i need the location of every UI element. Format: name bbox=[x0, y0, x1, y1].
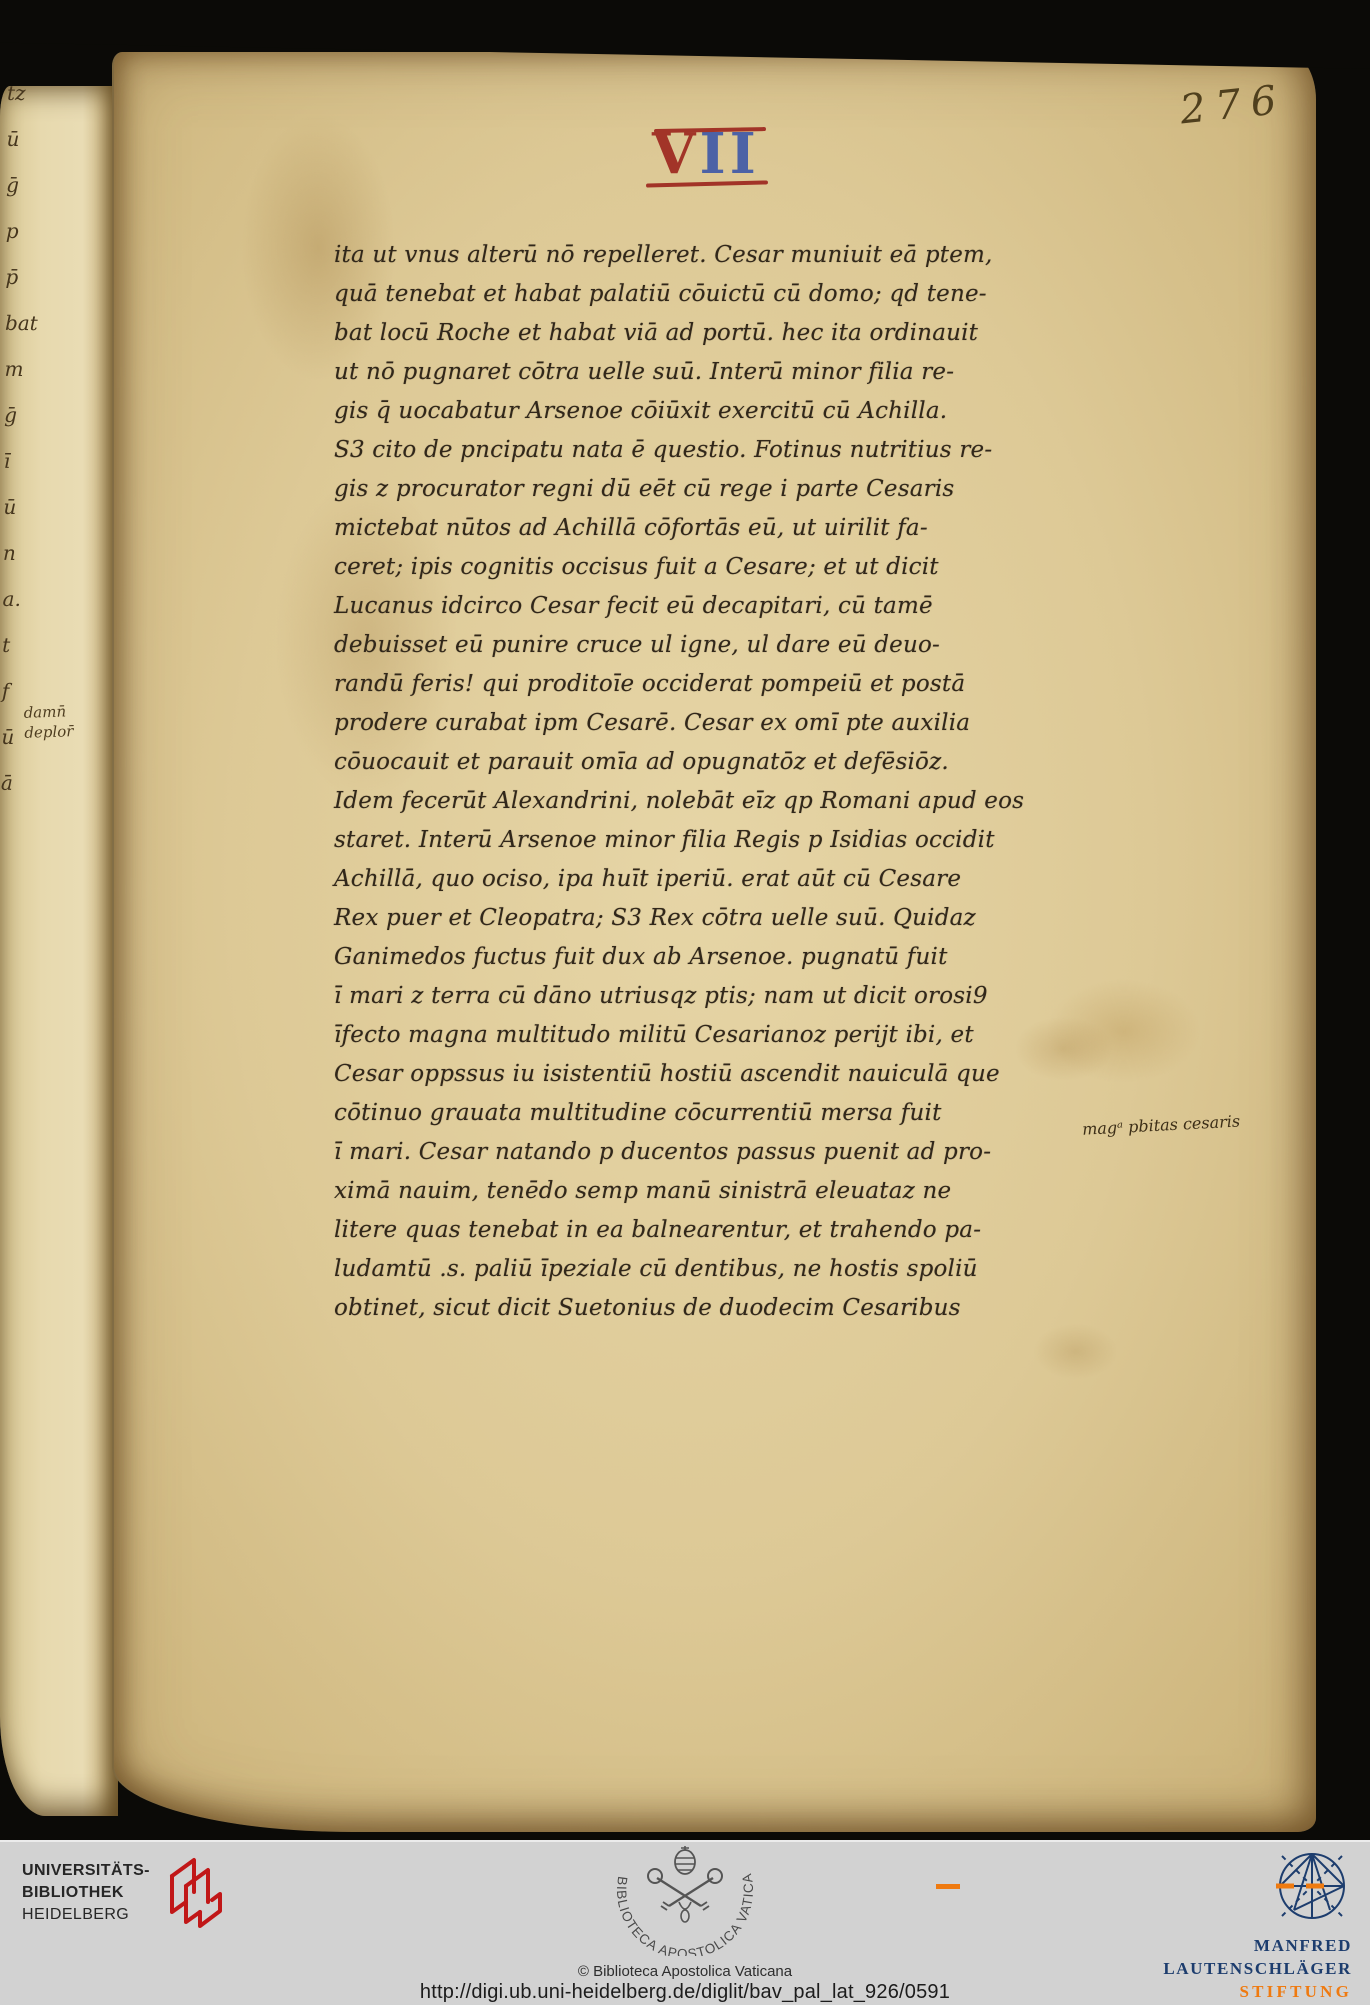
foundation-block: MANFRED LAUTENSCHLÄGER STIFTUNG bbox=[1052, 1848, 1352, 2002]
manuscript-line: bat locū Roche et habat viā ad portū. he… bbox=[334, 314, 1116, 353]
heading-letter-i1: I bbox=[699, 121, 729, 187]
manuscript-line: mictebat nūtos ad Achillā cōfortās eū, u… bbox=[334, 509, 1116, 548]
manuscript-line: S3 cito de pncipatu nata ē questio. Foti… bbox=[334, 431, 1116, 470]
manuscript-line: gis q̄ uocabatur Arsenoe cōiūxit exercit… bbox=[334, 392, 1116, 431]
vatican-library-seal-icon: BIBLIOTECA APOSTOLICA VATICANA bbox=[605, 1844, 765, 1956]
manuscript-line: ximā nauim, tenēdo semp manū sinistrā el… bbox=[334, 1172, 1116, 1211]
manuscript-line: ut nō pugnaret cōtra uelle suū. Interū m… bbox=[334, 353, 1116, 392]
manuscript-line: Rex puer et Cleopatra; S3 Rex cōtra uell… bbox=[334, 899, 1116, 938]
university-library-block: UNIVERSITÄTS- BIBLIOTHEK HEIDELBERG bbox=[22, 1860, 228, 1936]
manuscript-line: ceret; ipis cognitis occisus fuit a Cesa… bbox=[334, 548, 1116, 587]
manuscript-line: cōuocauit et parauit omīa ad opugnatōz e… bbox=[334, 743, 1116, 782]
margin-note-left: damn̄ deplor̄ bbox=[23, 701, 73, 743]
scan-canvas: tz ū ḡ p p̄ bat m ḡ ī ū n a. t f ū ā dam… bbox=[0, 0, 1370, 2005]
vatican-copyright: © Biblioteca Apostolica Vaticana bbox=[325, 1963, 1045, 1980]
manuscript-line: īfecto magna multitudo militū Cesarianoz… bbox=[334, 1016, 1116, 1055]
foundation-name-line-3: STIFTUNG bbox=[1052, 1981, 1352, 2002]
previous-page-text-fragments: tz ū ḡ p p̄ bat m ḡ ī ū n a. t f ū ā bbox=[1, 70, 47, 806]
ub-line-3: HEIDELBERG bbox=[22, 1904, 150, 1926]
ub-line-1: UNIVERSITÄTS- bbox=[22, 1860, 150, 1882]
manuscript-line: ludamtū .s. paliū īpeziale cū dentibus, … bbox=[334, 1250, 1116, 1289]
manuscript-line: Lucanus idcirco Cesar fecit eū decapitar… bbox=[334, 587, 1116, 626]
ub-line-2: BIBLIOTHEK bbox=[22, 1882, 150, 1904]
manuscript-line: ita ut vnus alterū nō repelleret. Cesar … bbox=[334, 236, 1116, 275]
manuscript-page: VII 276 ita ut vnus alterū nō repelleret… bbox=[112, 52, 1316, 1832]
manuscript-line: Idem fecerūt Alexandrini, nolebāt eīz qp… bbox=[334, 782, 1116, 821]
heading-letter-v: V bbox=[652, 121, 699, 187]
heidelberg-library-logo-icon bbox=[164, 1854, 228, 1936]
lautenschlaeger-foundation-logo-icon bbox=[1270, 1848, 1350, 1928]
university-library-label: UNIVERSITÄTS- BIBLIOTHEK HEIDELBERG bbox=[22, 1860, 150, 1926]
manuscript-line: Cesar oppssus iu isistentiū hostiū ascen… bbox=[334, 1055, 1116, 1094]
foundation-name-line-2: LAUTENSCHLÄGER bbox=[1052, 1958, 1352, 1979]
manuscript-line: cōtinuo grauata multitudine cōcurrentiū … bbox=[334, 1094, 1116, 1133]
footer-bar: UNIVERSITÄTS- BIBLIOTHEK HEIDELBERG bbox=[0, 1840, 1370, 2005]
chapter-heading: VII bbox=[652, 126, 760, 182]
foundation-name-line-1: MANFRED bbox=[1052, 1935, 1352, 1956]
folio-number: 276 bbox=[1178, 77, 1289, 134]
manuscript-line: obtinet, sicut dicit Suetonius de duodec… bbox=[334, 1289, 1116, 1328]
heading-letter-i2: I bbox=[730, 121, 760, 187]
manuscript-line: quā tenebat et habat palatiū cōuictū cū … bbox=[334, 275, 1116, 314]
orange-dash-icon bbox=[936, 1884, 960, 1889]
manuscript-line: Ganimedos fuctus fuit dux ab Arsenoe. pu… bbox=[334, 938, 1116, 977]
manuscript-line: ī mari z terra cū dāno utriusqz ptis; na… bbox=[334, 977, 1116, 1016]
manuscript-line: litere quas tenebat in ea balnearentur, … bbox=[334, 1211, 1116, 1250]
manuscript-line: staret. Interū Arsenoe minor filia Regis… bbox=[334, 821, 1116, 860]
manuscript-line: ī mari. Cesar natando p ducentos passus … bbox=[334, 1133, 1116, 1172]
manuscript-line: Achillā, quo ociso, ipa huīt iperiū. era… bbox=[334, 860, 1116, 899]
manuscript-line: randū feris! qui proditoīe occiderat pom… bbox=[334, 665, 1116, 704]
manuscript-text-block: ita ut vnus alterū nō repelleret. Cesar … bbox=[334, 236, 1116, 1328]
manuscript-line: prodere curabat ipm Cesarē. Cesar ex omī… bbox=[334, 704, 1116, 743]
vatican-block: BIBLIOTECA APOSTOLICA VATICANA © Bibliot… bbox=[325, 1844, 1045, 2004]
manuscript-line: debuisset eū punire cruce ul igne, ul da… bbox=[334, 626, 1116, 665]
digitization-url: http://digi.ub.uni-heidelberg.de/diglit/… bbox=[325, 1981, 1045, 2004]
manuscript-line: gis z procurator regni dū eēt cū rege i … bbox=[334, 470, 1116, 509]
